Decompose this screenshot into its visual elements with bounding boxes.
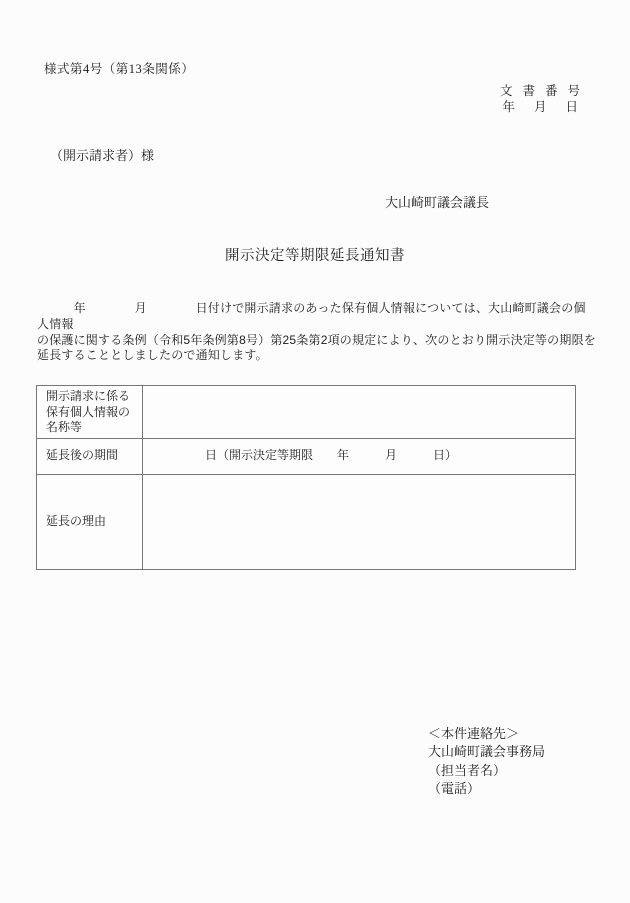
contact-phone-placeholder: （電話） — [428, 780, 545, 798]
document-title: 開示決定等期限延長通知書 — [0, 244, 630, 265]
row-label-extended-period: 延長後の期間 — [46, 448, 136, 464]
doc-date-label: 年月日 — [502, 97, 597, 115]
body-line-1: 年 月 日付けで開示請求のあった保有個人情報については、大山崎町議会の個人情報 — [37, 301, 597, 333]
form-number-label: 様式第4号（第13条関係） — [44, 59, 194, 77]
row-label-cell: 延長の理由 — [37, 474, 143, 569]
sender-line: 大山崎町議会議長 — [385, 192, 489, 211]
row-label-cell: 開示請求に係る保有個人情報の名称等 — [37, 386, 143, 439]
body-line-2: の保護に関する条例（令和5年条例第8号）第25条第2項の規定により、次のとおり開… — [37, 333, 597, 349]
row-label-cell: 延長後の期間 — [37, 438, 143, 474]
row-value-extended-period: 日（開示決定等期限 年 月 日） — [143, 438, 576, 474]
contact-office: 大山崎町議会事務局 — [428, 743, 545, 761]
document-page: 様式第4号（第13条関係） 文書番号 年月日 （開示請求者）様 大山崎町議会議長… — [0, 0, 630, 903]
row-label-extension-reason: 延長の理由 — [46, 514, 136, 530]
row-label-held-info-name: 開示請求に係る保有個人情報の名称等 — [46, 389, 136, 436]
body-paragraph: 年 月 日付けで開示請求のあった保有個人情報については、大山崎町議会の個人情報 … — [37, 301, 597, 364]
row-value-extension-reason — [143, 474, 576, 569]
row-value-held-info-name — [143, 386, 576, 439]
contact-heading: ＜本件連絡先＞ — [428, 725, 545, 743]
table-row-extension-reason: 延長の理由 — [37, 474, 576, 569]
table-row-extended-period: 延長後の期間 日（開示決定等期限 年 月 日） — [37, 438, 576, 474]
body-line-3: 延長することとしましたので通知します。 — [37, 348, 597, 364]
recipient-line: （開示請求者）様 — [50, 145, 154, 164]
contact-person-placeholder: （担当者名） — [428, 762, 545, 780]
request-details-table: 開示請求に係る保有個人情報の名称等 延長後の期間 日（開示決定等期限 年 月 日… — [36, 385, 576, 570]
contact-block: ＜本件連絡先＞ 大山崎町議会事務局 （担当者名） （電話） — [428, 725, 545, 799]
table-row-held-info-name: 開示請求に係る保有個人情報の名称等 — [37, 386, 576, 439]
